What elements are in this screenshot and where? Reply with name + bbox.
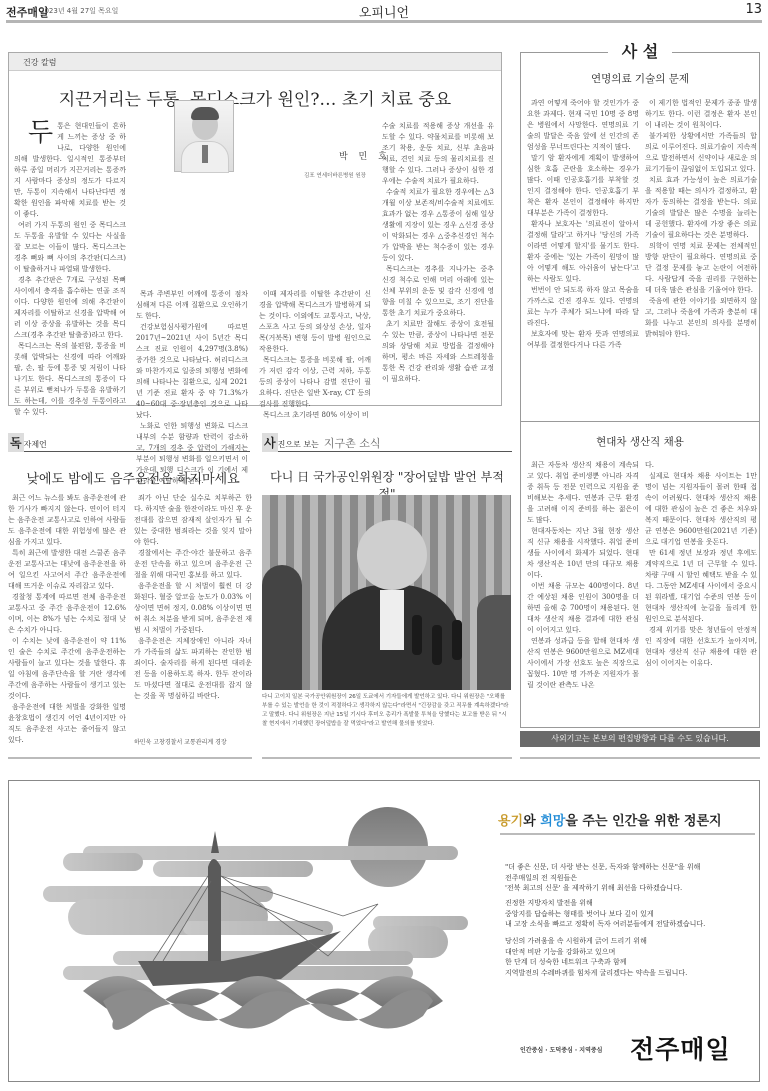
ad-paragraph-1: "더 좋은 신문, 더 사랑 받는 신문, 독자와 함께하는 신문"을 위해 전… [505, 862, 760, 894]
press-photo [262, 495, 511, 690]
photo-caption: 다니 고이치 일본 국가공안위원장이 26일 도쿄에서 기자들에게 발언하고 있… [262, 693, 511, 729]
editorial-title-1: 연명의료 기술의 문제 [521, 71, 759, 86]
reader-text-col-2: 죄가 아닌 단순 실수로 치부하곤 한다. 하지만 술을 한잔이라도 마신 후 … [134, 493, 252, 731]
divider [8, 757, 252, 759]
health-text-col-4: 수술 치료를 적용해 증상 개선을 유도할 수 있다. 약물치료를 비롯해 보조… [382, 121, 494, 385]
editorial-1-col-1: 과연 어떻게 죽어야 할 것인가가 중요한 과제다. 현재 국민 10명 중 8… [527, 98, 639, 416]
editorial-label: 사 설 [608, 42, 672, 61]
health-text-col-2: 목과 주변부인 어깨에 통증이 점차 심해져 다른 어깨 질환으로 오인하기도 … [136, 289, 248, 487]
reader-headline: 낮에도 밤에도 음주운전은 하지마세요 [8, 468, 258, 487]
mast [208, 859, 221, 967]
editorial-2-col-2: 다. 실제로 현대차 채용 사이트는 1만 명이 넘는 지원자들이 몰려 한때 … [645, 460, 757, 722]
divider [262, 757, 512, 759]
ad-paragraph-3: 당신의 가려움을 속 시원하게 긁어 드리기 위해 대안적 비판 기능을 강화하… [505, 936, 760, 978]
author-title: 김포 연세더바른병원 원장 [304, 171, 366, 179]
slogan-rule [500, 833, 755, 835]
reader-section-header: 독자제언 [8, 432, 250, 452]
editorial-box-2: 현대차 생산직 채용 최근 자동차 생산직 채용이 계속되고 있다. 취업 준비… [520, 420, 760, 728]
reader-byline: 하민욱 고창경찰서 교통관리계 경장 [134, 737, 252, 748]
page-number: 13 [745, 2, 762, 17]
ad-motto: 인간중심 · 도덕중심 · 지역중심 [520, 1045, 602, 1054]
ad-slogan: 용기와 희망을 주는 인간을 위한 정론지 [498, 810, 722, 829]
health-column: 건강 칼럼 지끈거리는 두통, 목디스크가 원인?… 초기 치료 중요 두 통은… [8, 52, 502, 406]
column-headline: 지끈거리는 두통, 목디스크가 원인?… 초기 치료 중요 [9, 85, 501, 110]
newspaper-logo: 전주매일 [630, 1030, 731, 1066]
reader-text-col-1: 최근 어느 뉴스를 봐도 음주운전에 관한 기사가 빠지지 않는다. 연이어 터… [8, 493, 126, 743]
dropcap: 두 [28, 121, 53, 145]
divider [520, 757, 760, 759]
page-header: 전주매일 2023년 4월 27일 목요일 오피니언 13 [0, 0, 768, 24]
ship-illustration [23, 801, 483, 1041]
editorial-2-col-1: 최근 자동차 생산직 채용이 계속되고 있다. 취업 준비생뿐 아니라 자격증 … [527, 460, 639, 722]
health-text-col-1: 두 통은 현대인들이 흔하게 느끼는 증상 중 하나로, 다양한 원인에 의해 … [14, 121, 126, 418]
disclaimer-banner: 사외기고는 본보의 편집방향과 다를 수도 있습니다. [520, 731, 760, 747]
photo-news-header: 사진으로 보는 지구촌 소식 [262, 432, 512, 452]
editorial-box: 사 설 연명의료 기술의 문제 과연 어떻게 죽어야 할 것인가가 중요한 과제… [520, 52, 760, 422]
header-rule [6, 20, 762, 23]
ad-paragraph-2: 진정한 지방자치 발전을 위해 중앙지를 답습하는 형태를 벗어나 보다 깊이 … [505, 898, 760, 930]
editorial-title-2: 현대차 생산직 채용 [521, 434, 759, 449]
author-photo [174, 100, 234, 172]
section-title: 오피니언 [0, 2, 768, 21]
editorial-1-col-2: 이 제기한 법적인 문제가 종종 발생하기도 한다. 이런 결정은 환자 본인이… [645, 98, 757, 368]
health-text-col-3: 이때 제자리를 이탈한 추간판이 신경을 압박해 목디스크가 발병하게 되는 것… [259, 289, 371, 421]
column-tag: 건강 칼럼 [9, 53, 501, 71]
